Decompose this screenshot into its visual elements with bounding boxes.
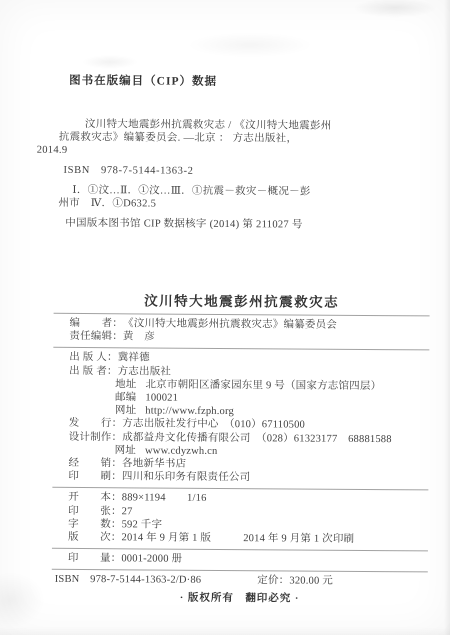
- colophon-row-label: 印 张：: [68, 505, 122, 519]
- colophon-row-value: 方志出版社发行中心 （010）67110500: [122, 419, 305, 431]
- colophon-row-value: 方志出版社: [118, 366, 172, 377]
- colophon-row: 责任编辑：黄 彦: [53, 330, 429, 346]
- colophon-row-value: 889×1194 1/16: [122, 493, 207, 505]
- colophon-section: 汶川特大地震彭州抗震救灾志 编 者：《汶川特大地震彭州抗震救灾志》编纂委员会责任…: [52, 292, 430, 608]
- divider-rule: [52, 569, 428, 573]
- footer-isbn: ISBN 978-7-5144-1363-2/D·86: [55, 574, 202, 586]
- cip-description: 汶川特大地震彭州抗震救灾志 / 《汶川特大地震彭州 抗震救灾志》编纂委员会. —…: [59, 118, 379, 159]
- colophon-row-label: 出 版 人：: [69, 351, 118, 365]
- colophon-row-value: http://www.fzph.org: [145, 406, 234, 418]
- colophon-row-value: 《汶川特大地震彭州抗震救灾志》编纂委员会: [123, 318, 337, 330]
- colophon-row: 印 刷：四川和乐印务有限责任公司: [52, 470, 428, 486]
- colophon-row-label: 网址: [115, 404, 136, 417]
- colophon-row-label: 版 次：: [68, 531, 122, 545]
- divider-rule: [53, 347, 429, 351]
- colophon-row-value: 592 千字: [122, 519, 163, 530]
- colophon-rows: 编 者：《汶川特大地震彭州抗震救灾志》编纂委员会责任编辑：黄 彦出 版 人：冀祥…: [52, 317, 430, 573]
- cip-description-line: 2014.9: [37, 144, 379, 159]
- title-rule: [54, 313, 430, 317]
- colophon-row-label: 开 本：: [68, 491, 122, 505]
- colophon-row-value: 成都益舟文化传播有限公司 （028）61323177 68881588: [122, 432, 392, 445]
- colophon-row-value: 黄 彦: [123, 331, 155, 342]
- cip-classification-line: 州市 Ⅳ．①D632.5: [58, 197, 378, 212]
- colophon-row-value: 100021: [145, 392, 178, 403]
- colophon-row-label: 网址: [115, 444, 136, 457]
- book-title: 汶川特大地震彭州抗震救灾志: [54, 292, 430, 312]
- colophon-row-label: 邮编: [115, 391, 136, 404]
- cip-registry-line: 中国版本图书馆 CIP 数据核字 (2014) 第 211027 号: [65, 217, 378, 232]
- colophon-row-value: 四川和乐印务有限责任公司: [122, 472, 250, 484]
- colophon-row-value: www.cdyzwh.cn: [145, 445, 218, 457]
- colophon-row-value: 冀祥德: [118, 353, 150, 364]
- page-content: 图书在版编目（CIP）数据 汶川特大地震彭州抗震救灾志 / 《汶川特大地震彭州 …: [0, 0, 450, 635]
- divider-rule: [52, 487, 428, 491]
- colophon-row: 出 版 者：方志出版社: [53, 364, 429, 380]
- footer-price: 定价：320.00 元: [257, 575, 333, 590]
- colophon-row-value: 北京市朝阳区潘家园东里 9 号（国家方志馆四层）: [145, 379, 381, 392]
- colophon-row-value: 各地新华书店: [122, 458, 186, 469]
- cip-classification: Ⅰ．①汶…Ⅱ．①汶…Ⅲ．①抗震－救灾－概况－彭 州市 Ⅳ．①D632.5: [58, 184, 378, 212]
- colophon-row-label: 字 数：: [68, 518, 122, 532]
- cip-heading: 图书在版编目（CIP）数据: [69, 75, 379, 90]
- colophon-row-label: 责任编辑：: [69, 330, 123, 344]
- cip-description-line: 抗震救灾志》编纂委员会. —北京 ： 方志出版社，: [59, 131, 379, 146]
- colophon-row-label: 设计制作：: [69, 431, 123, 445]
- colophon-row-value: 27: [122, 506, 133, 517]
- colophon-row-label: 印 刷：: [68, 470, 122, 484]
- colophon-row: 印 量：0001-2000 册: [52, 552, 428, 568]
- colophon-row-label: 发 行：: [69, 417, 123, 431]
- colophon-row-label: 印 量：: [68, 552, 122, 566]
- scanned-copyright-page: 图书在版编目（CIP）数据 汶川特大地震彭州抗震救灾志 / 《汶川特大地震彭州 …: [0, 0, 450, 635]
- colophon-row-value: 2014 年 9 月第 1 版 2014 年 9 月第 1 次印刷: [121, 532, 354, 545]
- cip-isbn-line: ISBN 978-7-5144-1363-2: [64, 164, 379, 179]
- colophon-row: 设计制作：成都益舟文化传播有限公司 （028）61323177 68881588: [53, 430, 429, 446]
- cip-section: 图书在版编目（CIP）数据 汶川特大地震彭州抗震救灾志 / 《汶川特大地震彭州 …: [58, 75, 379, 232]
- divider-rule: [52, 548, 428, 552]
- colophon-row-label: 出 版 者：: [69, 365, 118, 379]
- colophon-row-label: 地址: [115, 378, 136, 391]
- colophon-row-value: 0001-2000 册: [121, 554, 182, 565]
- colophon-row-label: 编 者：: [69, 317, 123, 331]
- colophon-row: 版 次：2014 年 9 月第 1 版 2014 年 9 月第 1 次印刷: [52, 531, 428, 547]
- footer-isbn-line: ISBN 978-7-5144-1363-2/D·86定价：320.00 元: [52, 573, 428, 590]
- colophon-row-label: 经 销：: [68, 457, 122, 471]
- copyright-notice: · 版权所有 翻印必究 ·: [52, 591, 428, 608]
